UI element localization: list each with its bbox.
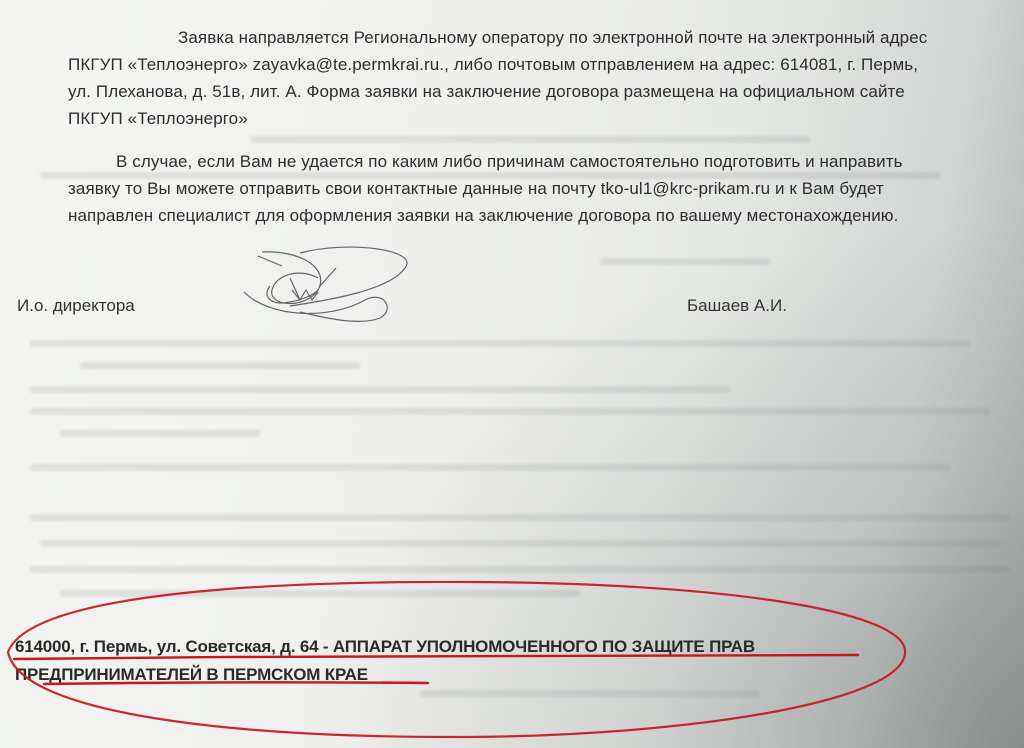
text-line: направлен специалист для оформления заяв… [68, 206, 898, 226]
text-line: В случае, если Вам не удается по каким л… [116, 152, 903, 172]
text-line: Заявка направляется Региональному операт… [178, 28, 927, 48]
text-line: ул. Плеханова, д. 51в, лит. А. Форма зая… [68, 82, 905, 102]
signatory-position: И.о. директора [17, 296, 135, 316]
address-line: ПРЕДПРИНИМАТЕЛЕЙ В ПЕРМСКОМ КРАЕ [15, 665, 368, 685]
text-line: ПКГУП «Теплоэнерго» [68, 109, 248, 129]
red-circle-mark [8, 582, 905, 737]
address-line: 614000, г. Пермь, ул. Советская, д. 64 -… [15, 637, 755, 657]
signatory-name: Башаев А.И. [687, 296, 787, 316]
text-line: ПКГУП «Теплоэнерго» zayavka@te.permkrai.… [68, 55, 918, 75]
text-line: заявку то Вы можете отправить свои конта… [68, 179, 884, 199]
